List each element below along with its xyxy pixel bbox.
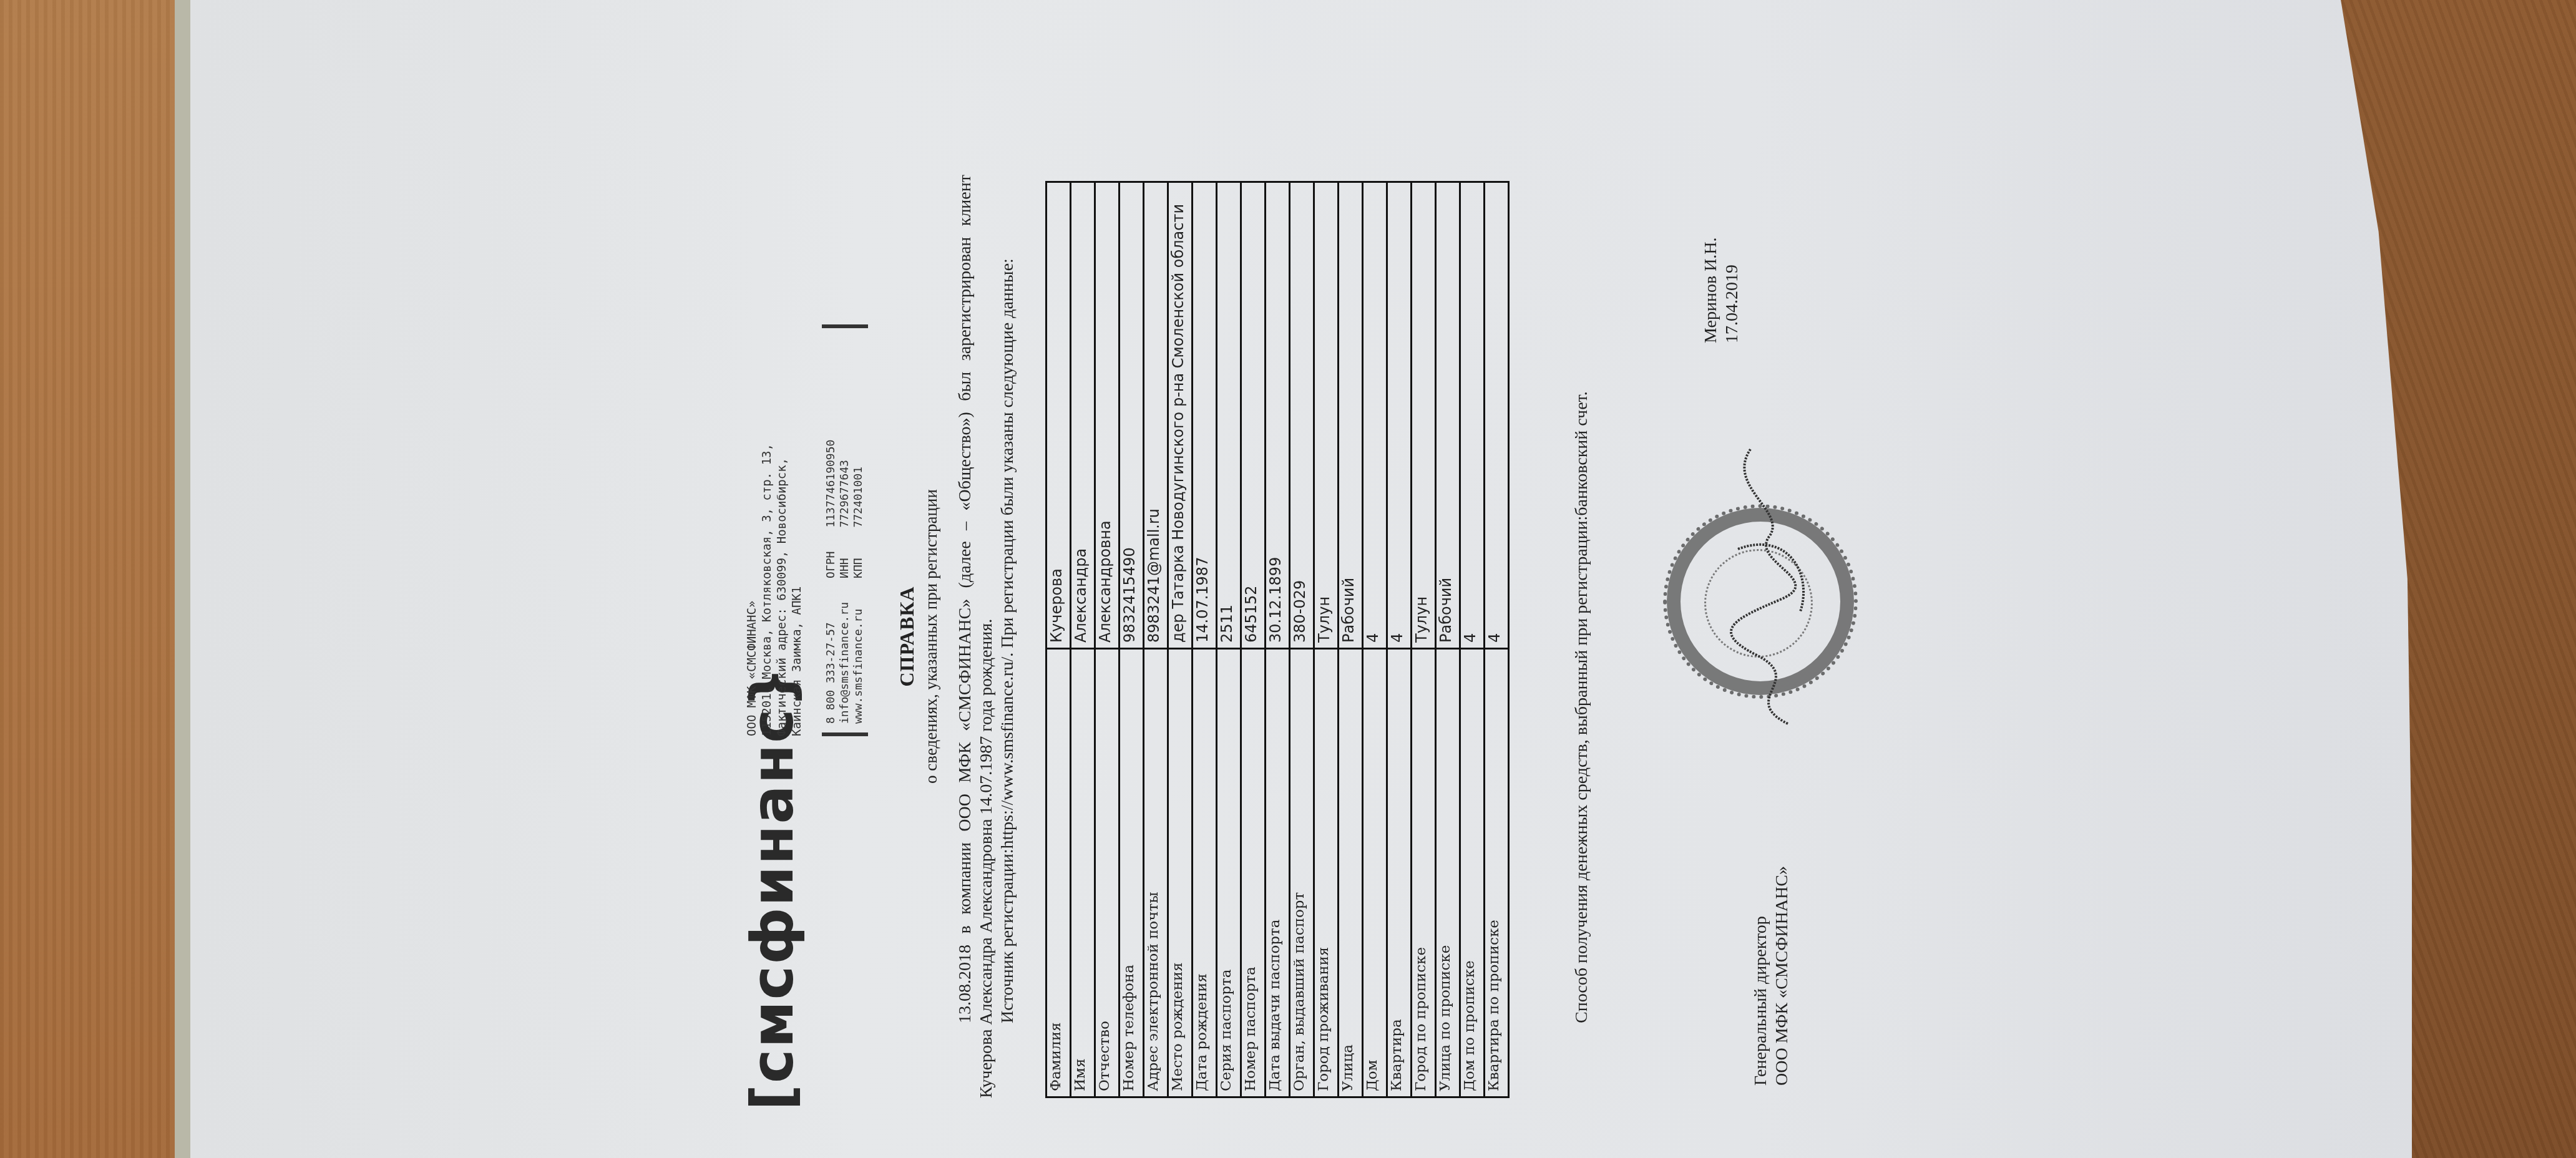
table-row: Место рождениядер Татарка Новодугинского… — [1168, 182, 1193, 1097]
field-value: Александровна — [1095, 182, 1120, 649]
field-value: Рабочий — [1339, 182, 1363, 649]
kpp-value: 772401001 — [852, 440, 866, 528]
field-value: 2511 — [1217, 182, 1241, 649]
paper-page: [смсфинанс} ООО МФК «СМСФИНАНС» 115201, … — [190, 0, 2412, 1158]
signatory-details: Меринов И.Н. 17.04.2019 — [1700, 237, 1743, 343]
table-row: Орган, выдавший паспорт380-029 — [1290, 182, 1314, 1097]
registration-paragraph: 13.08.2018 в компании ООО МФК «СМСФИНАНС… — [955, 175, 997, 1098]
field-label: Серия паспорта — [1217, 649, 1241, 1097]
field-label: Номер паспорта — [1241, 649, 1266, 1097]
table-row: Квартира4 — [1387, 182, 1412, 1097]
source-paragraph: Источник регистрации:https://www.smsfina… — [997, 175, 1018, 1098]
field-label: Фамилия — [1046, 649, 1071, 1097]
table-row: Улица по пропискеРабочий — [1436, 182, 1460, 1097]
handwritten-signature — [1713, 437, 1819, 736]
field-value: 4 — [1485, 182, 1509, 649]
table-row: Дата выдачи паспорта30.12.1899 — [1266, 182, 1290, 1097]
table-row: Город проживанияТулун — [1314, 182, 1339, 1097]
registry-labels-column: ОГРН ИНН КПП — [824, 552, 866, 578]
field-label: Имя — [1071, 649, 1095, 1097]
ogrn-label: ОГРН — [824, 552, 838, 578]
field-label: Улица — [1339, 649, 1363, 1097]
field-value: дер Татарка Новодугинского р-на Смоленск… — [1168, 182, 1193, 649]
table-row: Город по пропискеТулун — [1412, 182, 1436, 1097]
table-row: Номер паспорта645152 — [1241, 182, 1266, 1097]
field-value: 645152 — [1241, 182, 1266, 649]
website: www.smsfinance.ru — [852, 602, 866, 724]
table-row: ОтчествоАлександровна — [1095, 182, 1120, 1097]
phone: 8 800 333-27-57 — [824, 602, 838, 724]
kpp-label: КПП — [852, 552, 866, 578]
signature-date: 17.04.2019 — [1722, 237, 1743, 343]
field-value: Тулун — [1314, 182, 1339, 649]
table-row: Дата рождения14.07.1987 — [1193, 182, 1217, 1097]
field-value: 9832415490 — [1120, 182, 1144, 649]
table-row: Квартира по прописке4 — [1485, 182, 1509, 1097]
field-label: Дата выдачи паспорта — [1266, 649, 1290, 1097]
field-label: Улица по прописке — [1436, 649, 1460, 1097]
body-text: 13.08.2018 в компании ООО МФК «СМСФИНАНС… — [955, 175, 1018, 1098]
registration-data-table: ФамилияКучероваИмяАлександраОтчествоАлек… — [1045, 181, 1510, 1098]
table-row: Адрес электронной почты8983241@mall.ru — [1144, 182, 1168, 1097]
table-row: Номер телефона9832415490 — [1120, 182, 1144, 1097]
field-label: Орган, выдавший паспорт — [1290, 649, 1314, 1097]
document-sheet: [смсфинанс} ООО МФК «СМСФИНАНС» 115201, … — [739, 62, 1988, 1123]
inn-value: 7729677643 — [838, 440, 852, 528]
field-value: Тулун — [1412, 182, 1436, 649]
company-header: ООО МФК «СМСФИНАНС» 115201, Москва, Котл… — [744, 444, 804, 736]
field-value: Кучерова — [1046, 182, 1071, 649]
field-label: Отчество — [1095, 649, 1120, 1097]
field-value: 14.07.1987 — [1193, 182, 1217, 649]
email: info@smsfinance.ru — [838, 602, 852, 724]
wooden-table-surface-left — [0, 0, 187, 1158]
company-name: ООО МФК «СМСФИНАНС» — [744, 444, 759, 736]
field-label: Квартира по прописке — [1485, 649, 1509, 1097]
field-value: Александра — [1071, 182, 1095, 649]
signatory-position: Генеральный директор ООО МФК «СМСФИНАНС» — [1750, 866, 1793, 1086]
field-label: Адрес электронной почты — [1144, 649, 1168, 1097]
payment-method-text: Способ получения денежных средств, выбра… — [1569, 175, 1594, 1098]
inn-label: ИНН — [838, 552, 852, 578]
actual-address: Фактический адрес: 630099, Новосибирск, — [774, 444, 789, 736]
position-line-1: Генеральный директор — [1750, 866, 1772, 1086]
field-label: Место рождения — [1168, 649, 1193, 1097]
table-row: Дом4 — [1363, 182, 1387, 1097]
field-label: Дом по прописке — [1460, 649, 1485, 1097]
document-title: СПРАВКА — [895, 150, 919, 1123]
actual-address-cont: Каинская Заимка, АПК1 — [789, 444, 804, 736]
field-value: 380-029 — [1290, 182, 1314, 649]
contacts-column: 8 800 333-27-57 info@smsfinance.ru www.s… — [824, 602, 866, 724]
field-label: Номер телефона — [1120, 649, 1144, 1097]
field-label: Квартира — [1387, 649, 1412, 1097]
field-value: Рабочий — [1436, 182, 1460, 649]
table-row: ИмяАлександра — [1071, 182, 1095, 1097]
table-row: ФамилияКучерова — [1046, 182, 1071, 1097]
document-subtitle: о сведениях, указанных при регистрации — [922, 150, 941, 1123]
field-label: Дом — [1363, 649, 1387, 1097]
table-row: УлицаРабочий — [1339, 182, 1363, 1097]
contacts-block: 8 800 333-27-57 info@smsfinance.ru www.s… — [822, 324, 868, 736]
field-label: Город проживания — [1314, 649, 1339, 1097]
field-label: Город по прописке — [1412, 649, 1436, 1097]
legal-address: 115201, Москва, Котляковская, 3, стр. 13… — [759, 444, 774, 736]
field-value: 4 — [1363, 182, 1387, 649]
ogrn-value: 1137746190950 — [824, 440, 838, 528]
field-label: Дата рождения — [1193, 649, 1217, 1097]
field-value: 4 — [1387, 182, 1412, 649]
signatory-name: Меринов И.Н. — [1700, 237, 1722, 343]
table-row: Серия паспорта2511 — [1217, 182, 1241, 1097]
table-row: Дом по прописке4 — [1460, 182, 1485, 1097]
position-line-2: ООО МФК «СМСФИНАНС» — [1772, 866, 1793, 1086]
registry-values-column: 1137746190950 7729677643 772401001 — [824, 440, 866, 528]
field-value: 4 — [1460, 182, 1485, 649]
field-value: 8983241@mall.ru — [1144, 182, 1168, 649]
field-value: 30.12.1899 — [1266, 182, 1290, 649]
payment-method: Способ получения денежных средств, выбра… — [1569, 175, 1594, 1098]
